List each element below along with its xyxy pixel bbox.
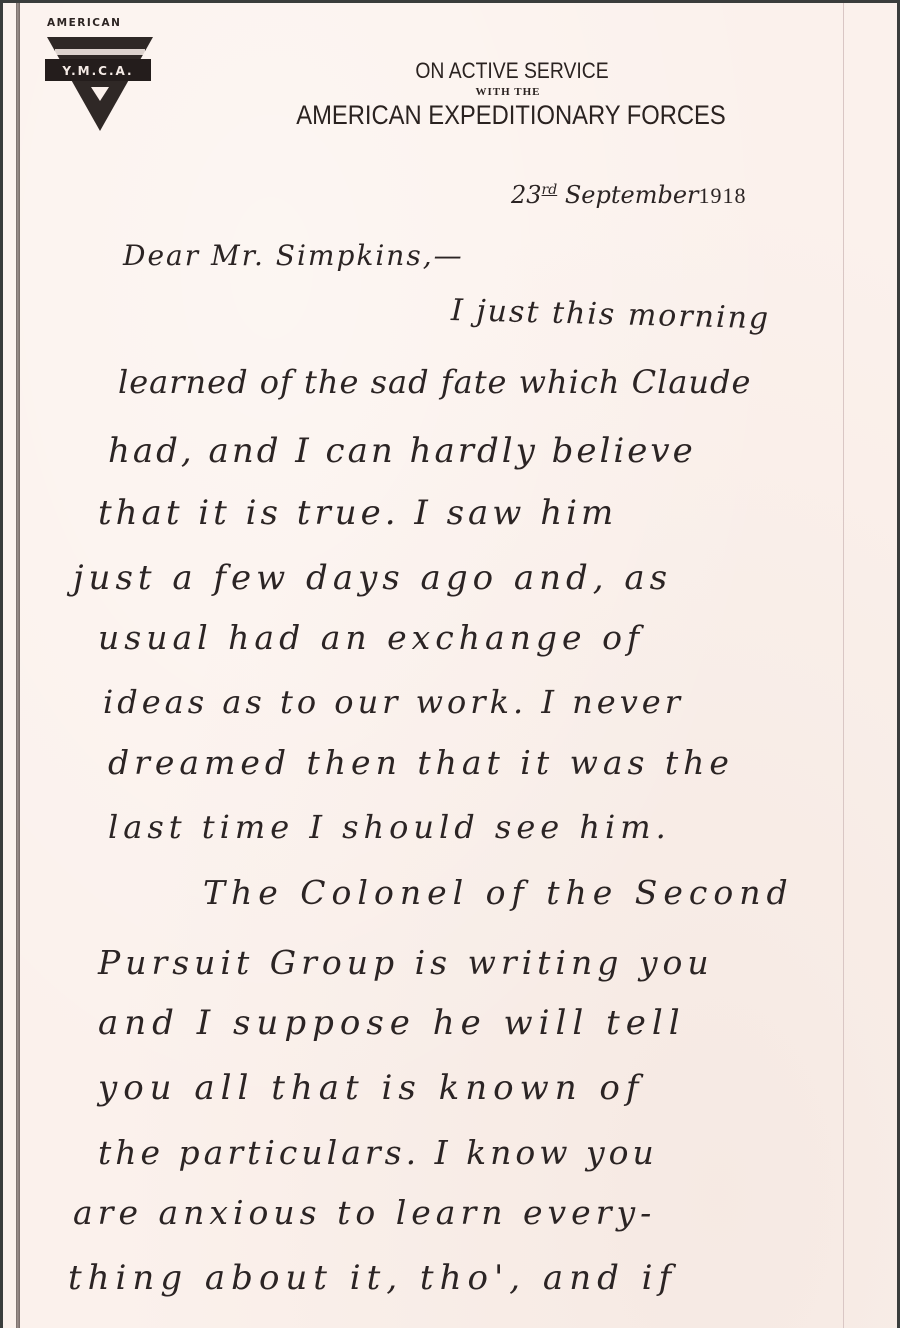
- letter-line: Pursuit Group is writing you: [98, 943, 714, 982]
- letterhead: ON ACTIVE SERVICE WITH THE AMERICAN EXPE…: [223, 58, 783, 130]
- letter-page: AMERICAN Y.M.C.A. ON ACTIVE SERVICE WITH…: [3, 3, 897, 1328]
- letter-line: you all that is known of: [98, 1068, 644, 1108]
- letter-line: thing about it, tho', and if: [68, 1258, 677, 1298]
- letter-date: 23rd September1918: [511, 181, 747, 209]
- letter-line: last time I should see him.: [108, 808, 671, 846]
- logo-band-text: Y.M.C.A.: [45, 64, 151, 78]
- left-margin-rule: [16, 3, 20, 1328]
- ymca-logo: AMERICAN Y.M.C.A.: [45, 17, 157, 135]
- date-year: 1918: [699, 183, 747, 208]
- letter-line: that it is true. I saw him: [98, 493, 617, 533]
- letter-line: The Colonel of the Second: [203, 873, 794, 912]
- letter-line: dreamed then that it was the: [108, 743, 734, 782]
- letter-line: the particulars. I know you: [98, 1133, 658, 1172]
- letter-line: and I suppose he will tell: [98, 1003, 686, 1043]
- letter-line: ideas as to our work. I never: [103, 683, 684, 721]
- salutation: Dear Mr. Simpkins,—: [123, 239, 464, 272]
- letterhead-line-2: WITH THE: [233, 84, 783, 100]
- letterhead-line-1: ON ACTIVE SERVICE: [274, 58, 751, 84]
- right-margin-rule: [843, 3, 844, 1328]
- letter-line: usual had an exchange of: [98, 618, 644, 657]
- letter-line: I just this morning: [451, 293, 771, 336]
- date-day-suffix: rd: [542, 182, 558, 198]
- letter-line: are anxious to learn every-: [73, 1193, 656, 1232]
- letter-line: just a few days ago and, as: [73, 558, 672, 598]
- letter-line: learned of the sad fate which Claude: [118, 363, 751, 401]
- date-month: September: [565, 181, 699, 209]
- date-day: 23: [511, 181, 542, 209]
- logo-top-text: AMERICAN: [47, 17, 121, 29]
- ymca-triangle-icon: [45, 35, 155, 135]
- letterhead-line-3: AMERICAN EXPEDITIONARY FORCES: [272, 100, 751, 130]
- letter-line: had, and I can hardly believe: [108, 431, 696, 471]
